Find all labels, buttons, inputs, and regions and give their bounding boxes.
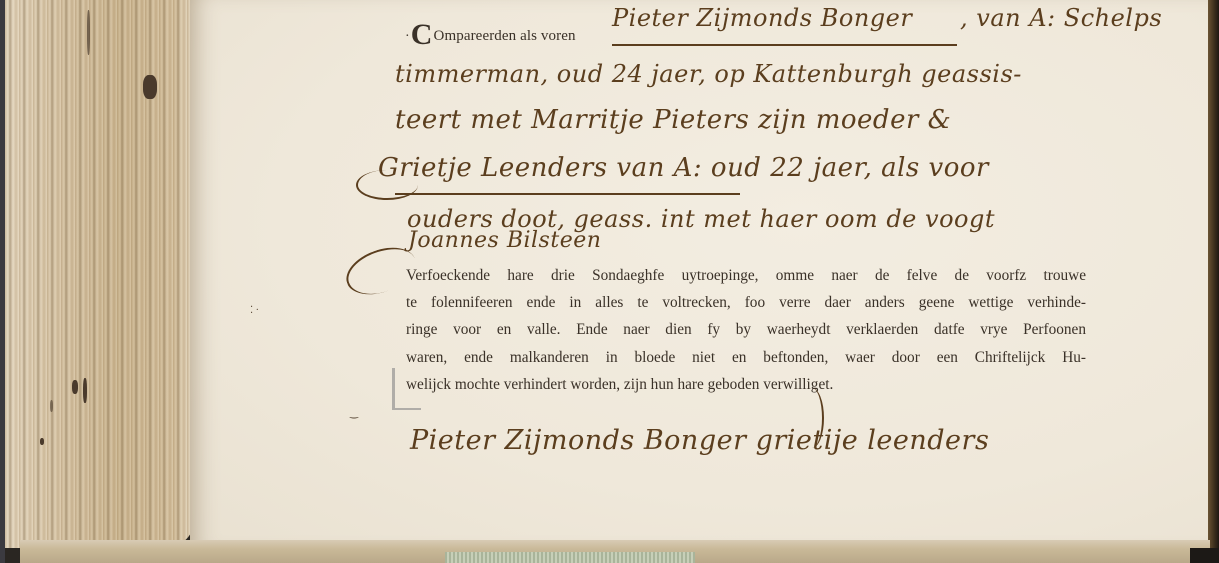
flourish-stroke: [356, 170, 418, 200]
stain-mark: [72, 380, 78, 394]
book-page-edges: [5, 0, 195, 548]
paper-speck: ⁚ ·: [250, 305, 259, 316]
body-line: te folennifeeren ende in alles te voltre…: [406, 289, 1086, 316]
handwritten-line-3: teert met Marritje Pieters zijn moeder &: [395, 105, 951, 135]
handwritten-line-6: Joannes Bilsteen: [408, 228, 601, 253]
name-underline: [612, 44, 957, 46]
flourish-stroke: [800, 388, 824, 448]
book-cover-cloth-bottom: [445, 552, 695, 563]
handwritten-line-1: , van A: Schelps: [960, 4, 1162, 32]
background-corner: [1190, 548, 1219, 563]
stain-mark: [83, 378, 87, 403]
bullet-mark: ·: [405, 29, 410, 44]
name-underline: [395, 193, 740, 195]
stain-mark: [50, 400, 53, 412]
handwritten-groom-name: Pieter Zijmonds Bonger: [612, 4, 912, 32]
dropcap: C: [411, 18, 433, 51]
body-line: welijck mochte verhindert worden, zijn h…: [406, 371, 1086, 398]
handwritten-signatures: Pieter Zijmonds Bonger grietije leenders: [410, 425, 989, 456]
printed-body-text: Verfoeckende hare drie Sondaeghfe uytroe…: [406, 262, 1086, 398]
pencil-bracket-mark: [392, 368, 421, 410]
body-line: Verfoeckende hare drie Sondaeghfe uytroe…: [406, 262, 1086, 289]
printed-heading: ·COmpareerden als voren: [405, 18, 576, 52]
document-scan: ·COmpareerden als voren Pieter Zijmonds …: [0, 0, 1219, 563]
book-right-edge: [1208, 0, 1219, 548]
stain-mark: [40, 438, 44, 445]
heading-text: Ompareerden als voren: [434, 28, 576, 44]
body-line: ringe voor en valle. Ende naer dien fy b…: [406, 316, 1086, 343]
handwritten-bride-line: Grietje Leenders van A: oud 22 jaer, als…: [378, 153, 989, 183]
paper-speck: ‿: [350, 408, 358, 419]
stain-mark: [87, 10, 90, 55]
handwritten-line-2: timmerman, oud 24 jaer, op Kattenburgh g…: [395, 60, 1022, 88]
stain-mark: [143, 75, 157, 99]
body-line: waren, ende malkanderen in bloede niet e…: [406, 344, 1086, 371]
